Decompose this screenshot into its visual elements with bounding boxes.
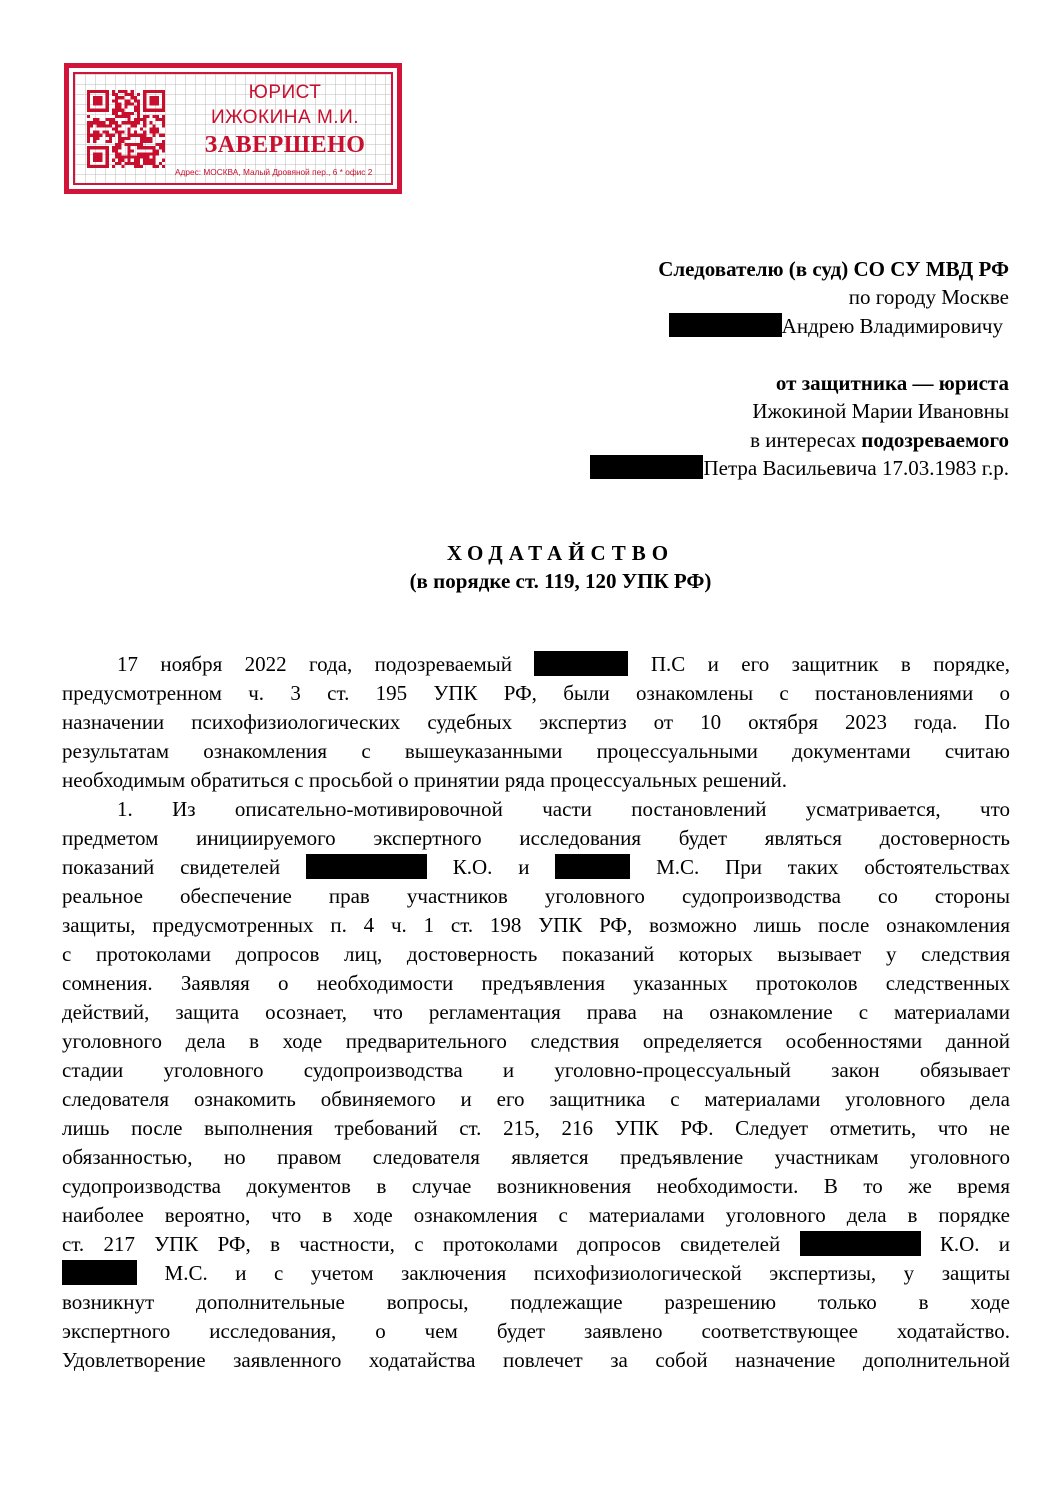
addressee-line-3: Андрею Владимировичу xyxy=(669,313,1003,339)
body-line: судопроизводства документов в случае воз… xyxy=(62,1172,1010,1201)
addressee-name: Андрею Владимировичу xyxy=(782,314,1003,338)
body-line: показаний свидетелей К.О. и М.С. При так… xyxy=(62,853,1010,882)
sender-line-4: Петра Васильевича 17.03.1983 г.р. xyxy=(590,455,1009,481)
redacted-surname xyxy=(800,1231,921,1256)
body-line: 1. Из описательно-мотивировочной части п… xyxy=(117,795,1010,824)
document-subtitle: (в порядке ст. 119, 120 УПК РФ) xyxy=(0,569,1061,594)
body-line: экспертного исследования, о чем будет за… xyxy=(62,1317,1010,1346)
body-line: следователя ознакомить обвиняемого и его… xyxy=(62,1085,1010,1114)
redacted-surname xyxy=(590,455,703,479)
body-line: уголовного дела в ходе предварительного … xyxy=(62,1027,1010,1056)
document-title: ХОДАТАЙСТВО xyxy=(0,541,1061,566)
redacted-surname xyxy=(62,1260,137,1285)
body-line: ст. 217 УПК РФ, в частности, с протокола… xyxy=(62,1230,1010,1259)
body-line: с протоколами допросов лиц, достоверност… xyxy=(62,940,1010,969)
stamp-address: Адрес: МОСКВА, Малый Дровяной пер., 6 * … xyxy=(175,167,401,177)
body-line: стадии уголовного судопроизводства и уго… xyxy=(62,1056,1010,1085)
body-text: показаний свидетелей xyxy=(62,855,280,879)
qr-code-icon xyxy=(87,86,165,172)
stamp-status: ЗАВЕРШЕНО xyxy=(175,132,395,159)
redacted-surname xyxy=(555,854,630,879)
body-line: предметом инициируемого экспертного иссл… xyxy=(62,824,1010,853)
stamp-role: ЮРИСТ xyxy=(175,82,395,104)
body-line: защиты, предусмотренных п. 4 ч. 1 ст. 19… xyxy=(62,911,1010,940)
body-text: П.С и его защитник в порядке, xyxy=(651,652,1010,676)
sender-interest-role: подозреваемого xyxy=(861,428,1009,452)
sender-line-2: Ижокиной Марии Ивановны xyxy=(752,398,1009,424)
body-line: реальное обеспечение прав участников уго… xyxy=(62,882,1010,911)
sender-line-1: от защитника — юриста xyxy=(776,370,1009,396)
body-line: сомнения. Заявляя о необходимости предъя… xyxy=(62,969,1010,998)
stamp-grid-background: ЮРИСТ ИЖОКИНА М.И. ЗАВЕРШЕНО Адрес: МОСК… xyxy=(73,72,393,185)
body-line: Удовлетворение заявленного ходатайства п… xyxy=(62,1346,1010,1375)
sender-interest-prefix: в интересах xyxy=(750,428,861,452)
body-line: 17 ноября 2022 года, подозреваемый П.С и… xyxy=(117,650,1010,679)
sender-line-3: в интересах подозреваемого xyxy=(750,427,1009,453)
stamp-name: ИЖОКИНА М.И. xyxy=(175,107,395,129)
lawyer-stamp: ЮРИСТ ИЖОКИНА М.И. ЗАВЕРШЕНО Адрес: МОСК… xyxy=(64,63,402,194)
body-line: результатам ознакомления с вышеуказанным… xyxy=(62,737,1010,766)
body-line: необходимым обратиться с просьбой о прин… xyxy=(62,766,1010,795)
redacted-surname xyxy=(534,651,628,676)
body-line: лишь после выполнения требований ст. 215… xyxy=(62,1114,1010,1143)
body-line: наиболее вероятно, что в ходе ознакомлен… xyxy=(62,1201,1010,1230)
body-text: М.С. и с учетом заключения психофизиолог… xyxy=(165,1261,1010,1285)
addressee-line-1: Следователю (в суд) СО СУ МВД РФ xyxy=(658,256,1009,282)
body-text: 17 ноября 2022 года, подозреваемый xyxy=(117,652,512,676)
addressee-line-2: по городу Москве xyxy=(849,284,1009,310)
body-text: М.С. При таких обстоятельствах xyxy=(656,855,1010,879)
body-line: обязанностью, но правом следователя явля… xyxy=(62,1143,1010,1172)
body-line: назначении психофизиологических судебных… xyxy=(62,708,1010,737)
body-line: действий, защита осознает, что регламент… xyxy=(62,998,1010,1027)
body-line: возникнут дополнительные вопросы, подлеж… xyxy=(62,1288,1010,1317)
suspect-name: Петра Васильевича 17.03.1983 г.р. xyxy=(703,456,1009,480)
body-text: К.О. и xyxy=(453,855,530,879)
body-text: ст. 217 УПК РФ, в частности, с протокола… xyxy=(62,1232,780,1256)
redacted-surname xyxy=(669,313,782,337)
body-line: М.С. и с учетом заключения психофизиолог… xyxy=(62,1259,1010,1288)
body-line: предусмотренном ч. 3 ст. 195 УПК РФ, был… xyxy=(62,679,1010,708)
body-text: К.О. и xyxy=(940,1232,1010,1256)
redacted-surname xyxy=(306,854,427,879)
